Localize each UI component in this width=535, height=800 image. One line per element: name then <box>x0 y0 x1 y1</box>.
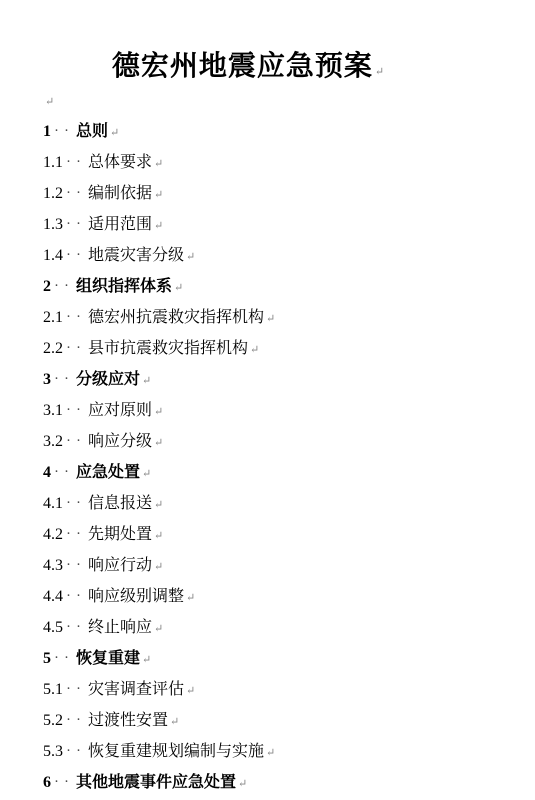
toc-entry-number: 4.3 <box>43 557 63 574</box>
toc-entry-label: 先期处置 <box>88 526 152 543</box>
toc-entry: 4.1··信息报送↵ <box>43 488 525 519</box>
toc-entry-label: 信息报送 <box>88 495 152 512</box>
toc-entry-label: 编制依据 <box>88 185 152 202</box>
toc-entry-number: 2.1 <box>43 309 63 326</box>
space-marks: ·· <box>66 681 86 697</box>
toc-entry-label: 组织指挥体系 <box>76 278 172 295</box>
toc-entry-number: 4.2 <box>43 526 63 543</box>
paragraph-mark-icon: ↵ <box>154 623 163 635</box>
toc-entry-label: 终止响应 <box>88 619 152 636</box>
table-of-contents: 1··总则↵ 1.1··总体要求↵ 1.2··编制依据↵ 1.3··适用范围↵ … <box>43 116 525 798</box>
space-marks: ·· <box>54 650 74 666</box>
toc-entry-label: 恢复重建规划编制与实施 <box>88 743 264 760</box>
paragraph-mark-icon: ↵ <box>154 189 163 201</box>
space-marks: ·· <box>54 464 74 480</box>
paragraph-mark-icon: ↵ <box>45 96 54 108</box>
toc-entry: 4.4··响应级别调整↵ <box>43 581 525 612</box>
toc-entry: 2.2··县市抗震救灾指挥机构↵ <box>43 333 525 364</box>
space-marks: ·· <box>66 588 86 604</box>
space-marks: ·· <box>66 309 86 325</box>
paragraph-mark-icon: ↵ <box>186 592 195 604</box>
toc-entry-number: 4.1 <box>43 495 63 512</box>
toc-entry-label: 响应行动 <box>88 557 152 574</box>
toc-entry: 1.2··编制依据↵ <box>43 178 525 209</box>
toc-entry: 4··应急处置↵ <box>43 457 525 488</box>
toc-entry-label: 应对原则 <box>88 402 152 419</box>
paragraph-mark-icon: ↵ <box>154 158 163 170</box>
toc-entry-number: 3.2 <box>43 433 63 450</box>
toc-entry-label: 地震灾害分级 <box>88 247 184 264</box>
toc-entry: 1.1··总体要求↵ <box>43 147 525 178</box>
toc-entry-label: 响应分级 <box>88 433 152 450</box>
toc-entry-number: 4.4 <box>43 588 63 605</box>
toc-entry-label: 响应级别调整 <box>88 588 184 605</box>
toc-entry: 6··其他地震事件应急处置↵ <box>43 767 525 798</box>
toc-entry: 4.2··先期处置↵ <box>43 519 525 550</box>
space-marks: ·· <box>66 557 86 573</box>
space-marks: ·· <box>66 619 86 635</box>
toc-entry: 3.1··应对原则↵ <box>43 395 525 426</box>
space-marks: ·· <box>66 185 86 201</box>
toc-entry-number: 1.3 <box>43 216 63 233</box>
toc-entry-number: 4 <box>43 464 51 481</box>
toc-entry-label: 应急处置 <box>76 464 140 481</box>
space-marks: ·· <box>66 495 86 511</box>
document-page[interactable]: 德宏州地震应急预案↵ ↵ 1··总则↵ 1.1··总体要求↵ 1.2··编制依据… <box>0 0 535 800</box>
space-marks: ·· <box>66 743 86 759</box>
paragraph-mark-icon: ↵ <box>154 220 163 232</box>
toc-entry-number: 1.2 <box>43 185 63 202</box>
toc-entry: 1.3··适用范围↵ <box>43 209 525 240</box>
toc-entry-label: 总则 <box>76 123 108 140</box>
toc-entry: 5.1··灾害调查评估↵ <box>43 674 525 705</box>
paragraph-mark-icon: ↵ <box>186 685 195 697</box>
toc-entry-label: 县市抗震救灾指挥机构 <box>88 340 248 357</box>
toc-entry: 4.5··终止响应↵ <box>43 612 525 643</box>
toc-entry-number: 1.1 <box>43 154 63 171</box>
paragraph-mark-icon: ↵ <box>154 561 163 573</box>
toc-entry-label: 恢复重建 <box>76 650 140 667</box>
paragraph-mark-icon: ↵ <box>142 375 151 387</box>
space-marks: ·· <box>66 402 86 418</box>
space-marks: ·· <box>54 371 74 387</box>
paragraph-mark-icon: ↵ <box>174 282 183 294</box>
toc-entry-label: 灾害调查评估 <box>88 681 184 698</box>
space-marks: ·· <box>66 433 86 449</box>
toc-entry-number: 2.2 <box>43 340 63 357</box>
toc-entry-number: 1 <box>43 123 51 140</box>
toc-entry-number: 5 <box>43 650 51 667</box>
space-marks: ·· <box>66 247 86 263</box>
toc-entry-number: 3 <box>43 371 51 388</box>
toc-entry-label: 德宏州抗震救灾指挥机构 <box>88 309 264 326</box>
toc-entry: 5.2··过渡性安置↵ <box>43 705 525 736</box>
paragraph-mark-icon: ↵ <box>154 530 163 542</box>
empty-paragraph: ↵ <box>43 91 54 111</box>
toc-entry-number: 4.5 <box>43 619 63 636</box>
toc-entry: 2··组织指挥体系↵ <box>43 271 525 302</box>
toc-entry-label: 适用范围 <box>88 216 152 233</box>
toc-entry-number: 5.1 <box>43 681 63 698</box>
paragraph-mark-icon: ↵ <box>170 716 179 728</box>
toc-entry-number: 5.3 <box>43 743 63 760</box>
paragraph-mark-icon: ↵ <box>154 406 163 418</box>
toc-entry: 5.3··恢复重建规划编制与实施↵ <box>43 736 525 767</box>
space-marks: ·· <box>66 526 86 542</box>
space-marks: ·· <box>66 712 86 728</box>
paragraph-mark-icon: ↵ <box>110 127 119 139</box>
toc-entry-label: 过渡性安置 <box>88 712 168 729</box>
toc-entry: 1.4··地震灾害分级↵ <box>43 240 525 271</box>
toc-entry: 4.3··响应行动↵ <box>43 550 525 581</box>
paragraph-mark-icon: ↵ <box>142 468 151 480</box>
toc-entry-number: 1.4 <box>43 247 63 264</box>
toc-entry-number: 6 <box>43 774 51 791</box>
paragraph-mark-icon: ↵ <box>154 499 163 511</box>
toc-entry-number: 2 <box>43 278 51 295</box>
toc-entry-label: 分级应对 <box>76 371 140 388</box>
paragraph-mark-icon: ↵ <box>142 654 151 666</box>
toc-entry: 3··分级应对↵ <box>43 364 525 395</box>
toc-entry-number: 3.1 <box>43 402 63 419</box>
space-marks: ·· <box>66 216 86 232</box>
toc-entry-label: 总体要求 <box>88 154 152 171</box>
paragraph-mark-icon: ↵ <box>238 778 247 790</box>
space-marks: ·· <box>54 774 74 790</box>
space-marks: ·· <box>54 123 74 139</box>
document-title: 德宏州地震应急预案↵ <box>0 44 496 84</box>
space-marks: ·· <box>66 340 86 356</box>
toc-entry-label: 其他地震事件应急处置 <box>76 774 236 791</box>
paragraph-mark-icon: ↵ <box>266 313 275 325</box>
paragraph-mark-icon: ↵ <box>266 747 275 759</box>
paragraph-mark-icon: ↵ <box>375 66 384 78</box>
toc-entry: 3.2··响应分级↵ <box>43 426 525 457</box>
toc-entry: 2.1··德宏州抗震救灾指挥机构↵ <box>43 302 525 333</box>
paragraph-mark-icon: ↵ <box>154 437 163 449</box>
space-marks: ·· <box>66 154 86 170</box>
toc-entry-number: 5.2 <box>43 712 63 729</box>
document-title-text: 德宏州地震应急预案 <box>112 51 373 82</box>
paragraph-mark-icon: ↵ <box>186 251 195 263</box>
toc-entry: 1··总则↵ <box>43 116 525 147</box>
toc-entry: 5··恢复重建↵ <box>43 643 525 674</box>
paragraph-mark-icon: ↵ <box>250 344 259 356</box>
space-marks: ·· <box>54 278 74 294</box>
